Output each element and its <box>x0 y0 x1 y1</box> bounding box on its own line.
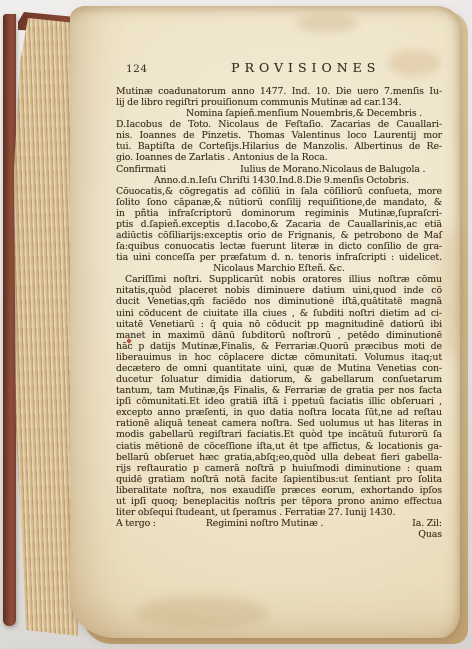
text-line: tantum, tam Mutinæ,q̄s Finalis, & Ferrar… <box>116 385 442 396</box>
text-line: uitatē Venetiarū : q̄ quia nō cōducit pp… <box>116 319 442 330</box>
text-segment: Confirmati <box>116 164 166 175</box>
text-segment: Iulius de Morano.Nicolaus de Balugola . <box>240 164 425 175</box>
text-line: ſa:quibus conuocatis lectæ fuerunt liter… <box>116 241 442 252</box>
photo-background: 124 PROVISIONES Mutinæ coadunatorum anno… <box>0 0 472 649</box>
text-line: ptis d.ſapieñ.exceptis d.Iacobo,& Zacari… <box>116 219 442 230</box>
text-line: Anno.d.n.Ieſu Chriſti 1430.Ind.8.Die 9.m… <box>116 175 442 186</box>
text-line: nis. Ioannes de Pinzetis. Thomas Valenti… <box>116 130 442 141</box>
text-line: uini cōducent de ciuitate illa ciues , &… <box>116 308 442 319</box>
text-line: lij de libro regiſtri prouiſionum commun… <box>116 97 442 108</box>
text-line: ducit Venetias,qm̄ faciēdo nos diminutio… <box>116 296 442 307</box>
text-line: ſolito ſono cāpanæ,& nūtiorū conſilij re… <box>116 197 442 208</box>
text-line: tia uini conceſſa per præfatum d. n. ten… <box>116 252 442 263</box>
text-line: hāc p datijs Mutinæ,Finalis, & Ferrariæ.… <box>116 341 442 352</box>
text-line: ConfirmatiIulius de Morano.Nicolaus de B… <box>116 164 442 175</box>
text-line: liberauimus in hoc cōplacere dictæ cōmun… <box>116 352 442 363</box>
text-line: decætero de omni quantitate uini, quæ de… <box>116 363 442 374</box>
page-header: 124 PROVISIONES <box>116 60 442 77</box>
text-line: nitatis,quòd placeret nobis diminuere da… <box>116 285 442 296</box>
text-line: Nomina ſapieñ.menſium Nouembris,& Decemb… <box>116 108 442 119</box>
text-segment: Ia. Zil: <box>412 518 442 529</box>
text-line: ciatis mētionē de cōceſſione iſta,ut ēt … <box>116 441 442 452</box>
text-line: A tergo :Regimini noſtro Mutinæ .Ia. Zil… <box>116 518 442 529</box>
text-line: tui. Baptiſta de Corteſijs.Hilarius de M… <box>116 141 442 152</box>
text-line: ipſi cōmunitati.Et ideo gratiā iſtā i pp… <box>116 396 442 407</box>
text-segment: Regimini noſtro Mutinæ . <box>206 518 323 529</box>
text-line: gio. Ioannes de Zarlatis . Antonius de l… <box>116 152 442 163</box>
folio-number: 124 <box>126 63 148 75</box>
running-header: PROVISIONES <box>148 60 442 75</box>
text-line: in pñtia infraſcriptorū dominorum regimi… <box>116 208 442 219</box>
text-line: ut ipſi quoq; beneplacitis noſtris per t… <box>116 496 442 507</box>
text-line: Mutinæ coadunatorum anno 1477. Ind. 10. … <box>116 86 442 97</box>
foxing-stain <box>136 596 268 630</box>
text-block: Mutinæ coadunatorum anno 1477. Ind. 10. … <box>116 86 442 540</box>
text-line: rationē aliquā teneat camera noſtra. Sed… <box>116 418 442 429</box>
text-line: excepto anno præſenti, in quo datia noſt… <box>116 407 442 418</box>
text-line: modis gabellarū regiſtrari faciatis.Et q… <box>116 429 442 440</box>
text-line: ducetur ſoluatur dimidia datiorum, & gab… <box>116 374 442 385</box>
book-page: 124 PROVISIONES Mutinæ coadunatorum anno… <box>70 6 460 638</box>
text-line: Nicolaus Marchio Eſteñ. &c. <box>116 263 442 274</box>
text-line: adiūctis cōſiliarijs:exceptis orio de Fr… <box>116 230 442 241</box>
text-line: Cōuocatis,& cōgregatis ad cōſiliū in ſal… <box>116 186 442 197</box>
text-line: bellarū obſeruet hæc gratia,abſq;eo,quòd… <box>116 452 442 463</box>
book-cover-edge <box>3 14 16 626</box>
catchword: Quas <box>116 529 442 540</box>
text-line: rijs reſtauratio p camerā noſtrā p huiuſ… <box>116 463 442 474</box>
text-segment: A tergo : <box>116 518 156 529</box>
text-line: Cariſſimi noſtri. Supplicarūt nobis orat… <box>116 274 442 285</box>
foxing-stain <box>296 14 358 32</box>
text-line: manet in maximū dānū ſubditorū noſtrorū … <box>116 330 442 341</box>
text-line: D.Iacobus de Toto. Nicolaus de Feſtaſio.… <box>116 119 442 130</box>
text-line: quidē gratiam noſtrā notā facite ſapient… <box>116 474 442 485</box>
text-line: liter obſequi ſtudeant, ut ſperamus . Fe… <box>116 507 442 518</box>
text-line: liberalitate noſtra, nos exaudiſſe præce… <box>116 485 442 496</box>
